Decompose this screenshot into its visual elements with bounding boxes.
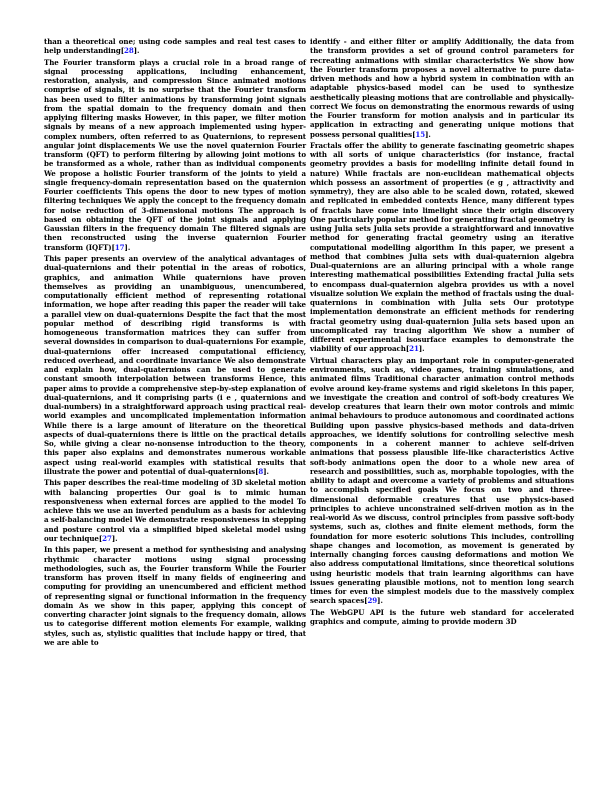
paragraph-text: This paper describes the real-time model… [44, 478, 306, 543]
citation-link[interactable]: 21 [409, 344, 419, 353]
citation-link[interactable]: 8 [258, 467, 263, 476]
paragraph-end: . [380, 596, 382, 605]
paragraph: This paper describes the real-time model… [44, 478, 306, 543]
paragraph: than a theoretical one; using code sampl… [44, 37, 306, 56]
paragraph-end: . [422, 344, 424, 353]
citation-link[interactable]: 28 [124, 46, 134, 55]
paragraph-text: In this paper, we present a method for s… [44, 545, 306, 647]
citation-link[interactable]: 27 [102, 534, 112, 543]
paragraph-end: . [428, 130, 430, 139]
paragraph-end: . [128, 243, 130, 252]
right-column: identify - and either filter or amplify … [310, 37, 574, 629]
paragraph-text: Fractals offer the ability to generate f… [310, 141, 574, 354]
left-column: than a theoretical one; using code sampl… [44, 37, 306, 649]
paragraph: The Fourier transform plays a crucial ro… [44, 58, 306, 252]
paragraph: Virtual characters play an important rol… [310, 356, 574, 606]
paragraph: identify - and either filter or amplify … [310, 37, 574, 139]
citation-link[interactable]: 15 [415, 130, 425, 139]
citation-link[interactable]: 29 [367, 596, 377, 605]
paragraph-text: The Fourier transform plays a crucial ro… [44, 58, 306, 252]
paragraph-text: identify - and either filter or amplify … [310, 37, 574, 139]
paragraph-end: . [267, 467, 269, 476]
paragraph: In this paper, we present a method for s… [44, 545, 306, 647]
paragraph-text: This paper presents an overview of the a… [44, 254, 306, 476]
citation-link[interactable]: 17 [115, 243, 125, 252]
paragraph-end: . [137, 46, 139, 55]
paragraph-text: The WebGPU API is the future web standar… [310, 608, 574, 626]
paragraph-text: Virtual characters play an important rol… [310, 356, 574, 606]
paragraph: Fractals offer the ability to generate f… [310, 141, 574, 354]
paragraph: This paper presents an overview of the a… [44, 254, 306, 476]
paragraph-text: than a theoretical one; using code sampl… [44, 37, 306, 55]
paragraph: The WebGPU API is the future web standar… [310, 608, 574, 627]
paragraph-end: . [115, 534, 117, 543]
